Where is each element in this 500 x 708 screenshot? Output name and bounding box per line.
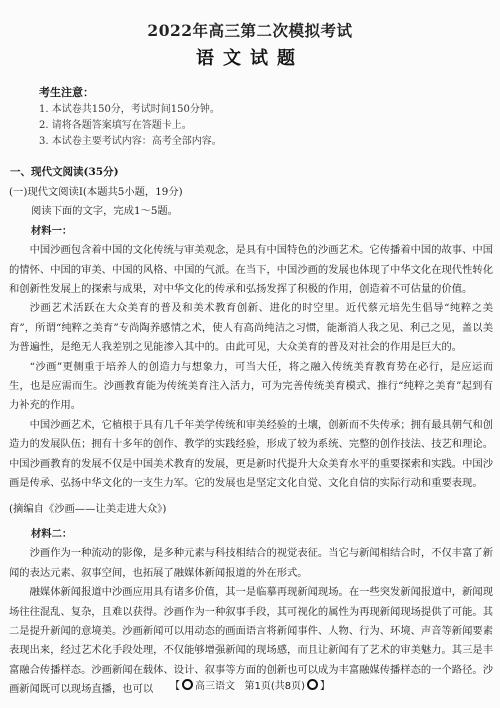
- section-title: 一、现代文阅读(35分): [10, 164, 119, 179]
- footer-subject: 高三语文: [195, 681, 235, 692]
- footer-page-info: 第1页(共8页): [245, 681, 306, 692]
- footer-bracket-right: 】: [320, 681, 330, 692]
- notice-item: 3. 本试卷主要考试内容：高考全部内容。: [39, 134, 222, 150]
- candidate-notice: 考生注意： 1. 本试卷共150分，考试时间150分钟。 2. 请将各题答案填写…: [39, 85, 222, 150]
- subject-title: 语文试题: [0, 44, 500, 70]
- footer-bracket-left: 【: [170, 681, 180, 692]
- notice-item: 1. 本试卷共150分，考试时间150分钟。: [39, 102, 222, 118]
- exam-page: 2022年高三第二次模拟考试 语文试题 考生注意： 1. 本试卷共150分，考试…: [0, 0, 500, 708]
- paragraph: 中国沙画包含着中国的文化传统与审美观念，是具有中国特色的沙画艺术。它传播着中国的…: [9, 241, 493, 299]
- reading-passage: (一)现代文阅读Ⅰ(本题共5小题，19分) 阅读下面的文字，完成1～5题。 材料…: [9, 183, 493, 700]
- paragraph: 沙画艺术活跃在大众美育的普及和美术教育创新、进化的时空里。近代蔡元培先生倡导“纯…: [9, 299, 493, 357]
- paragraph: 沙画作为一种流动的影像，是多种元素与科技相结合的视觉表征。当它与新闻相结合时，不…: [9, 544, 493, 583]
- page-footer: 【高三语文 第1页(共8页)】: [0, 677, 500, 692]
- exam-title: 2022年高三第二次模拟考试: [0, 19, 500, 41]
- diamond-icon: [307, 679, 318, 690]
- instruction: 阅读下面的文字，完成1～5题。: [9, 202, 493, 221]
- material2-label: 材料二：: [9, 525, 493, 544]
- subsection-title: (一)现代文阅读Ⅰ(本题共5小题，19分): [9, 183, 493, 202]
- paragraph: “沙画”更侧重于培养人的创造力与想象力，可当大任，将之融入传统美育教育势在必行，…: [9, 358, 493, 416]
- material1-label: 材料一：: [9, 222, 493, 241]
- notice-item: 2. 请将各题答案填写在答题卡上。: [39, 118, 222, 134]
- notice-heading: 考生注意：: [39, 85, 222, 101]
- material1-source: (摘编自《沙画——让美走进大众》): [9, 500, 493, 519]
- diamond-icon: [182, 679, 193, 690]
- paragraph: 中国沙画艺术，它植根于具有几千年美学传统和审美经验的土壤，创新而不失传承；拥有最…: [9, 416, 493, 494]
